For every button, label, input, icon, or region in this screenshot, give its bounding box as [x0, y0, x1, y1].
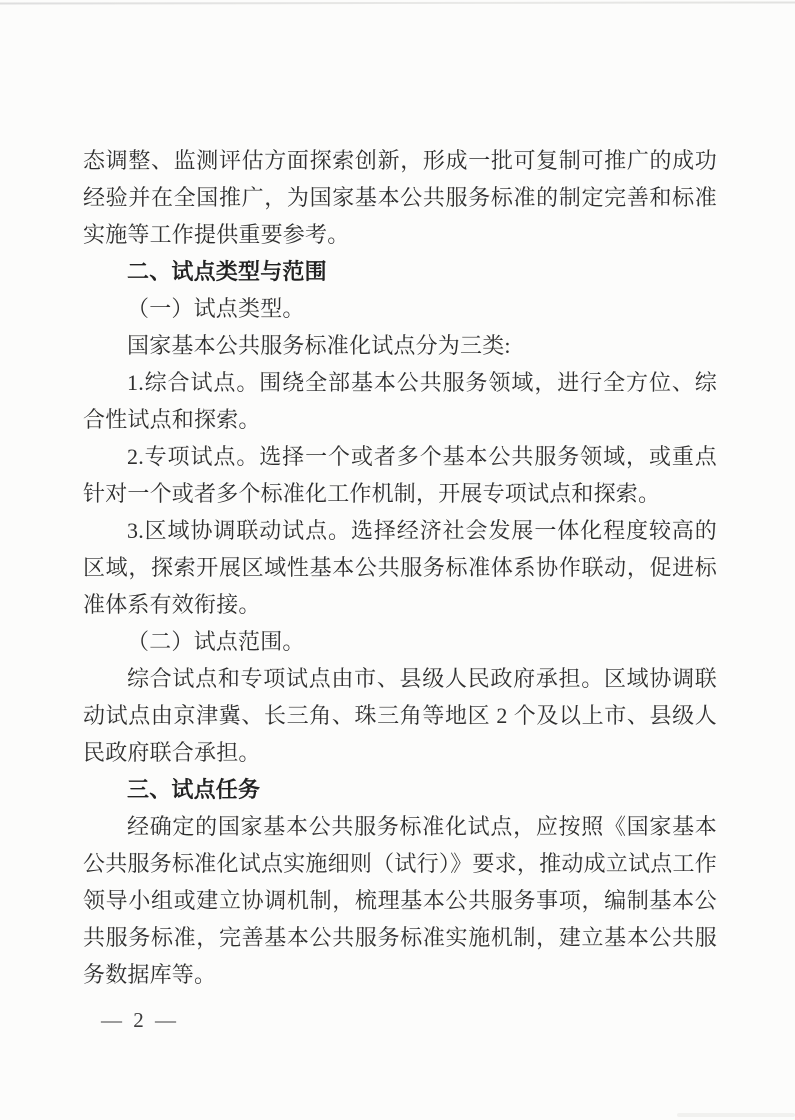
paragraph: （二）试点范围。 [83, 623, 717, 660]
paragraph: 2.专项试点。选择一个或者多个基本公共服务领域，或重点针对一个或者多个标准化工作… [83, 438, 717, 512]
document-page: 态调整、监测评估方面探索创新，形成一批可复制可推广的成功经验并在全国推广，为国家… [0, 0, 795, 1120]
paragraph: （一）试点类型。 [83, 290, 717, 327]
paragraph: 态调整、监测评估方面探索创新，形成一批可复制可推广的成功经验并在全国推广，为国家… [83, 142, 717, 253]
scan-artifact-top-edge [0, 1, 795, 4]
paragraph: 1.综合试点。围绕全部基本公共服务领域，进行全方位、综合性试点和探索。 [83, 364, 717, 438]
scan-artifact-bottom-right [677, 1113, 795, 1117]
page-number: — 2 — [101, 1008, 179, 1032]
paragraph: 国家基本公共服务标准化试点分为三类: [83, 327, 717, 364]
section-heading: 二、试点类型与范围 [83, 253, 717, 290]
paragraph: 3.区域协调联动试点。选择经济社会发展一体化程度较高的区域，探索开展区域性基本公… [83, 512, 717, 623]
paragraph: 综合试点和专项试点由市、县级人民政府承担。区域协调联动试点由京津冀、长三角、珠三… [83, 660, 717, 771]
paragraph: 经确定的国家基本公共服务标准化试点，应按照《国家基本公共服务标准化试点实施细则（… [83, 808, 717, 993]
section-heading: 三、试点任务 [83, 771, 717, 808]
document-body: 态调整、监测评估方面探索创新，形成一批可复制可推广的成功经验并在全国推广，为国家… [83, 142, 717, 993]
